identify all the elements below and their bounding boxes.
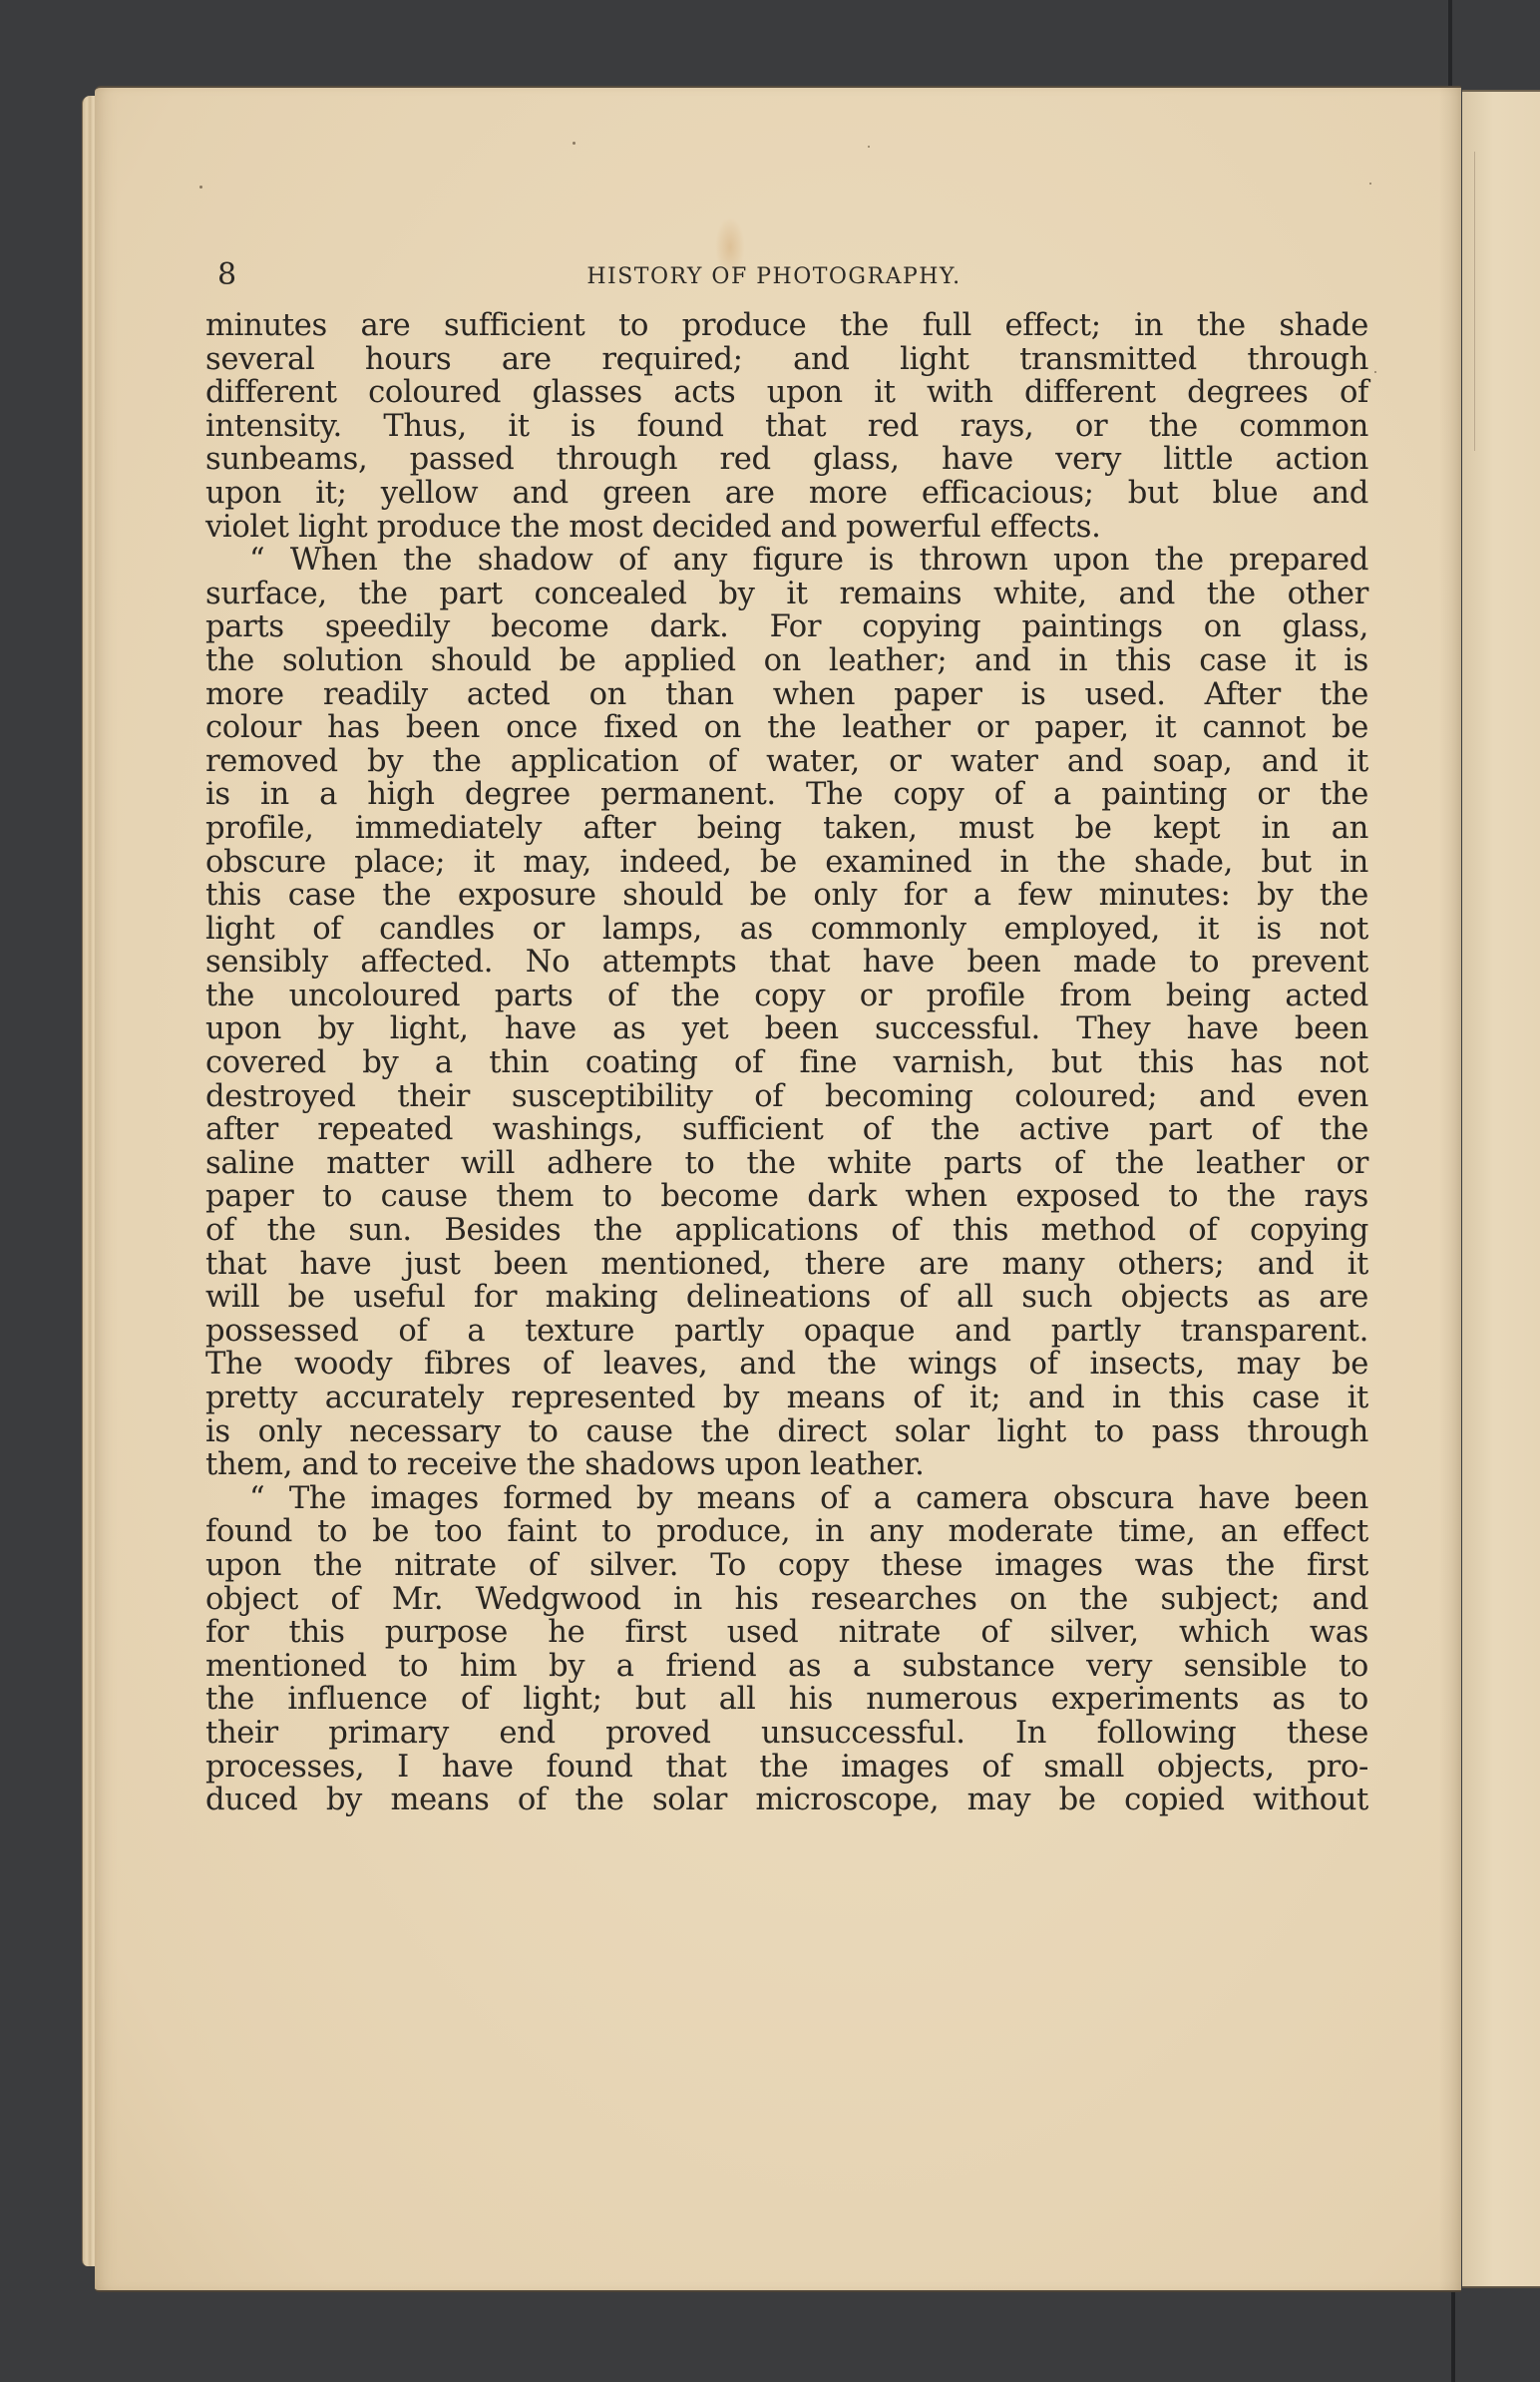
text-line: several hours are required; and light tr… (205, 343, 1368, 377)
text-line: is only necessary to cause the direct so… (205, 1415, 1368, 1449)
text-line: upon the nitrate of silver. To copy thes… (205, 1549, 1368, 1583)
text-line: colour has been once fixed on the leathe… (205, 711, 1368, 745)
text-line: object of Mr. Wedgwood in his researches… (205, 1583, 1368, 1617)
text-line: violet light produce the most decided an… (205, 511, 1368, 545)
adjacent-page-edge (1462, 90, 1540, 2288)
text-line: profile, immediately after being taken, … (205, 812, 1368, 846)
gutter-shadow (1439, 88, 1461, 2290)
text-line: covered by a thin coating of fine varnis… (205, 1046, 1368, 1080)
text-line: paper to cause them to become dark when … (205, 1180, 1368, 1214)
text-line: parts speedily become dark. For copying … (205, 610, 1368, 644)
text-line: the solution should be applied on leathe… (205, 644, 1368, 678)
text-line: for this purpose he first used nitrate o… (205, 1616, 1368, 1650)
text-line: them, and to receive the shadows upon le… (205, 1448, 1368, 1482)
text-line: of the sun. Besides the applications of … (205, 1214, 1368, 1248)
text-line: upon by light, have as yet been successf… (205, 1012, 1368, 1046)
running-title: HISTORY OF PHOTOGRAPHY. (207, 259, 1305, 295)
text-line: obscure place; it may, indeed, be examin… (205, 846, 1368, 880)
text-line: light of candles or lamps, as commonly e… (205, 913, 1368, 947)
text-line: saline matter will adhere to the white p… (205, 1147, 1368, 1181)
text-line: after repeated washings, sufficient of t… (205, 1113, 1368, 1147)
text-line: their primary end proved unsuccessful. I… (205, 1717, 1368, 1751)
text-line: different coloured glasses acts upon it … (205, 376, 1368, 410)
text-line: “ When the shadow of any figure is throw… (205, 544, 1368, 578)
text-line: surface, the part concealed by it remain… (205, 578, 1368, 611)
text-line: that have just been mentioned, there are… (205, 1248, 1368, 1282)
text-line: is in a high degree permanent. The copy … (205, 778, 1368, 812)
text-line: sunbeams, passed through red glass, have… (205, 443, 1368, 477)
text-line: minutes are sufficient to produce the fu… (205, 309, 1368, 343)
paper-crease (1474, 152, 1475, 451)
text-line: possessed of a texture partly opaque and… (205, 1315, 1368, 1349)
text-line: processes, I have found that the images … (205, 1751, 1368, 1785)
text-line: The woody fibres of leaves, and the wing… (205, 1348, 1368, 1382)
text-line: “ The images formed by means of a camera… (205, 1482, 1368, 1516)
text-line: intensity. Thus, it is found that red ra… (205, 410, 1368, 444)
body-text: minutes are sufficient to produce the fu… (205, 309, 1368, 1817)
text-line: found to be too faint to produce, in any… (205, 1515, 1368, 1549)
text-line: more readily acted on than when paper is… (205, 678, 1368, 712)
text-line: will be useful for making delineations o… (205, 1281, 1368, 1315)
text-line: mentioned to him by a friend as a substa… (205, 1650, 1368, 1684)
text-line: upon it; yellow and green are more effic… (205, 477, 1368, 511)
text-line: this case the exposure should be only fo… (205, 879, 1368, 913)
text-line: the influence of light; but all his nume… (205, 1683, 1368, 1717)
backdrop-seam (1448, 0, 1452, 92)
text-line: removed by the application of water, or … (205, 745, 1368, 779)
page-header: 8 HISTORY OF PHOTOGRAPHY. (207, 255, 1305, 299)
text-line: destroyed their susceptibility of becomi… (205, 1080, 1368, 1114)
text-line: pretty accurately represented by means o… (205, 1382, 1368, 1415)
text-line: duced by means of the solar microscope, … (205, 1784, 1368, 1817)
text-line: the uncoloured parts of the copy or prof… (205, 980, 1368, 1013)
backdrop-seam (1451, 2284, 1455, 2382)
text-line: sensibly affected. No attempts that have… (205, 946, 1368, 980)
